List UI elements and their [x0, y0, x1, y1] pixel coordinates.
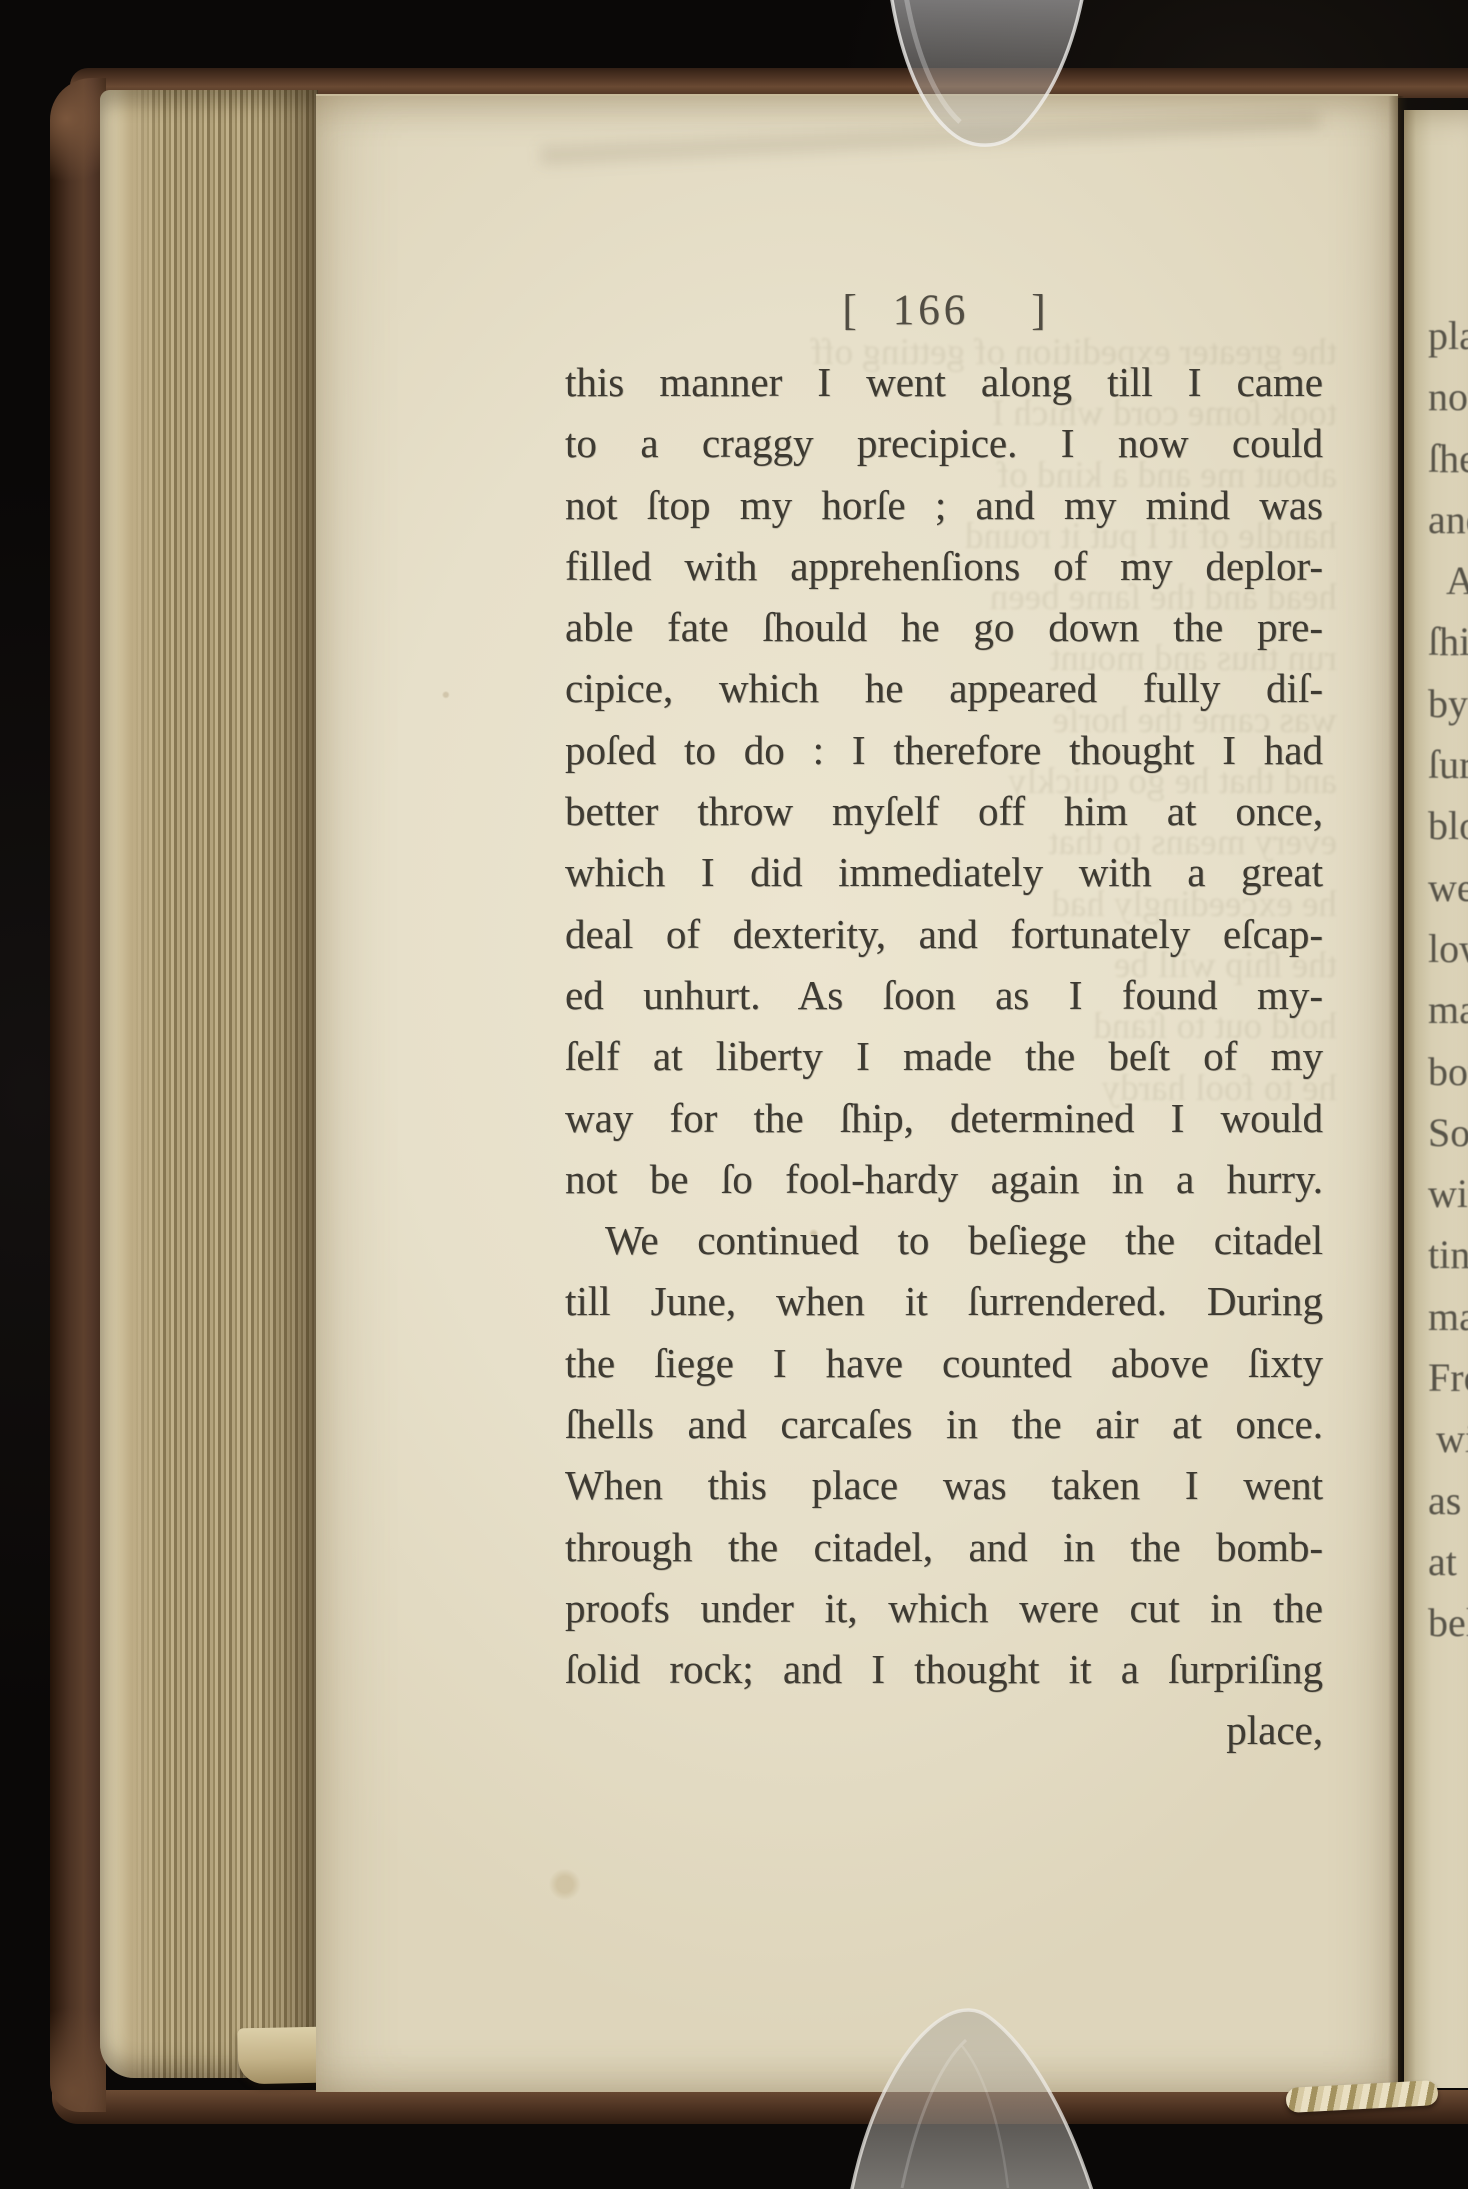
- text-line: which I did immediately with a great: [565, 842, 1323, 903]
- facing-page-fragment: ſhips: [1428, 611, 1468, 672]
- text-line: ed unhurt. As ſoon as I found my-: [565, 965, 1323, 1026]
- book-photograph: placnotiſhellandAſhipsby cſureblocwerlow…: [0, 0, 1468, 2189]
- page-number: 166: [893, 286, 970, 335]
- text-line: the ſiege I have counted above ſixty: [565, 1333, 1323, 1394]
- facing-page-fragment: wer: [1428, 857, 1468, 918]
- facing-page-fragment: bloc: [1428, 795, 1468, 856]
- page-text-block: this manner I went along till I cameto a…: [565, 352, 1323, 1701]
- facing-page-fragment: at: [1428, 1531, 1468, 1592]
- facing-page-fragment: tin: [1428, 1224, 1468, 1285]
- facing-page-fragment: wi: [1428, 1408, 1468, 1469]
- text-line: through the citadel, and in the bomb-: [565, 1517, 1323, 1578]
- text-line: better throw myſelf off him at once,: [565, 781, 1323, 842]
- text-line: When this place was taken I went: [565, 1455, 1323, 1516]
- page-stack-fore-edge: [100, 90, 318, 2078]
- folio-open-bracket: [: [842, 286, 856, 335]
- facing-page-fragment: Sor: [1428, 1102, 1468, 1163]
- facing-page-fragment: ſhell: [1428, 428, 1468, 489]
- folio-close-bracket: ]: [1031, 286, 1045, 335]
- page-number-header: [ 166 ]: [565, 286, 1323, 342]
- text-line: We continued to beſiege the citadel: [565, 1210, 1323, 1271]
- facing-page-fragment: plac: [1428, 305, 1468, 366]
- facing-page-fragment: bot: [1428, 1041, 1468, 1102]
- text-line: deal of dexterity, and fortunately eſcap…: [565, 904, 1323, 965]
- text-line: proofs under it, which were cut in the: [565, 1578, 1323, 1639]
- facing-page-fragment: wit: [1428, 1163, 1468, 1224]
- text-line: filled with apprehenſions of my deplor-: [565, 536, 1323, 597]
- text-line: way for the ſhip, determined I would: [565, 1088, 1323, 1149]
- leather-cover-left: [50, 78, 106, 2112]
- catchword: place,: [565, 1706, 1323, 1754]
- text-line: till June, when it ſurrendered. During: [565, 1271, 1323, 1332]
- facing-page-fragment: mar: [1428, 979, 1468, 1040]
- text-line: to a craggy precipice. I now could: [565, 413, 1323, 474]
- text-line: not be ſo fool-hardy again in a hurry.: [565, 1149, 1323, 1210]
- facing-page-fragment: by c: [1428, 673, 1468, 734]
- text-line: not ſtop my horſe ; and my mind was: [565, 475, 1323, 536]
- facing-page-fragment: mar: [1428, 1286, 1468, 1347]
- text-line: ſolid rock; and I thought it a ſurpriſin…: [565, 1639, 1323, 1700]
- text-line: ſelf at liberty I made the beſt of my: [565, 1026, 1323, 1087]
- facing-page-fragment: bel: [1428, 1592, 1468, 1653]
- facing-page-fragment: A: [1428, 550, 1468, 611]
- facing-page-text-fragments: placnotiſhellandAſhipsby cſureblocwerlow…: [1428, 305, 1468, 1654]
- facing-page-fragment: Fre: [1428, 1347, 1468, 1408]
- leather-cover-bottom-edge: [52, 2090, 1468, 2124]
- facing-page-fragment: lowi: [1428, 918, 1468, 979]
- text-line: poſed to do : I therefore thought I had: [565, 720, 1323, 781]
- text-line: able fate ſhould he go down the pre-: [565, 597, 1323, 658]
- facing-page-fragment: noti: [1428, 366, 1468, 427]
- facing-page-fragment: and: [1428, 489, 1468, 550]
- text-line: cipice, which he appeared fully diſ-: [565, 658, 1323, 719]
- facing-page-fragment: as: [1428, 1470, 1468, 1531]
- facing-page-fragment: ſure: [1428, 734, 1468, 795]
- text-line: this manner I went along till I came: [565, 352, 1323, 413]
- text-line: ſhells and carcaſes in the air at once.: [565, 1394, 1323, 1455]
